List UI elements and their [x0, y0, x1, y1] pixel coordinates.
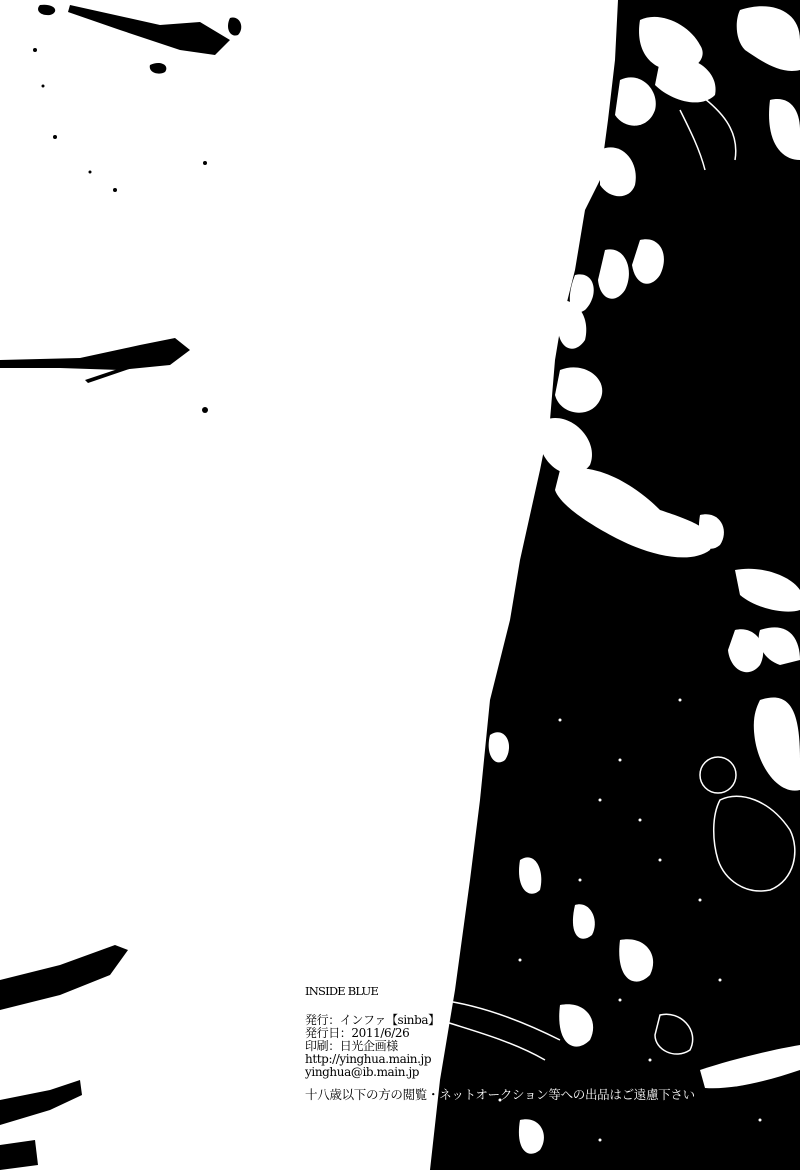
contact-email: yinghua@ib.main.jp	[305, 1066, 440, 1079]
notice-part-on-black: ネットオークション等への出品はご遠慮下さい	[439, 1087, 695, 1102]
colophon: INSIDE BLUE 発行：インファ【sinba】 発行日：2011/6/26…	[305, 985, 440, 1079]
age-restriction-notice: 十八歳以下の方の閲覧・ネットオークション等への出品はご遠慮下さい	[305, 1085, 695, 1103]
black-splatter-strokes	[0, 5, 241, 1170]
notice-part-on-white: 十八歳以下の方の閲覧・	[305, 1087, 439, 1102]
book-title: INSIDE BLUE	[305, 985, 440, 998]
